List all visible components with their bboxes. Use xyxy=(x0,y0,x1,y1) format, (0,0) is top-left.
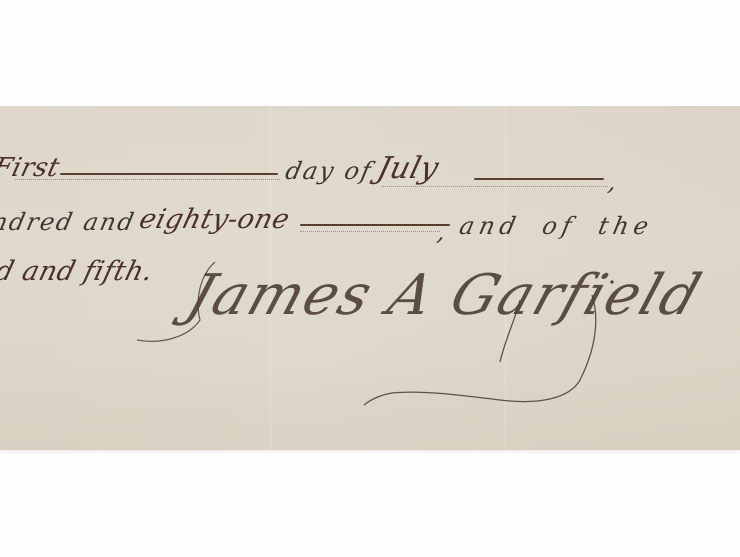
line1-pen-line-2 xyxy=(474,178,604,180)
line1-first-fragment: First xyxy=(0,155,62,181)
line1-dotted-guide-2 xyxy=(382,186,608,187)
line2-hundred-fragment: ndred xyxy=(0,210,76,234)
line3-fifth-fragment: d and fifth. xyxy=(0,258,156,285)
line1-pen-line xyxy=(60,173,278,175)
signature: James A Garfield xyxy=(181,268,708,324)
line2-printed-and-of-the: and of the xyxy=(457,214,655,238)
line2-pen-line xyxy=(300,224,450,226)
line1-printed-day-of: day of xyxy=(283,159,374,183)
line2-year-written: eighty-one xyxy=(137,206,293,233)
line1-dotted-guide xyxy=(15,179,280,180)
line2-dotted-guide xyxy=(300,231,440,232)
line1-month: July xyxy=(374,154,441,184)
line2-printed-and: and xyxy=(81,210,137,234)
